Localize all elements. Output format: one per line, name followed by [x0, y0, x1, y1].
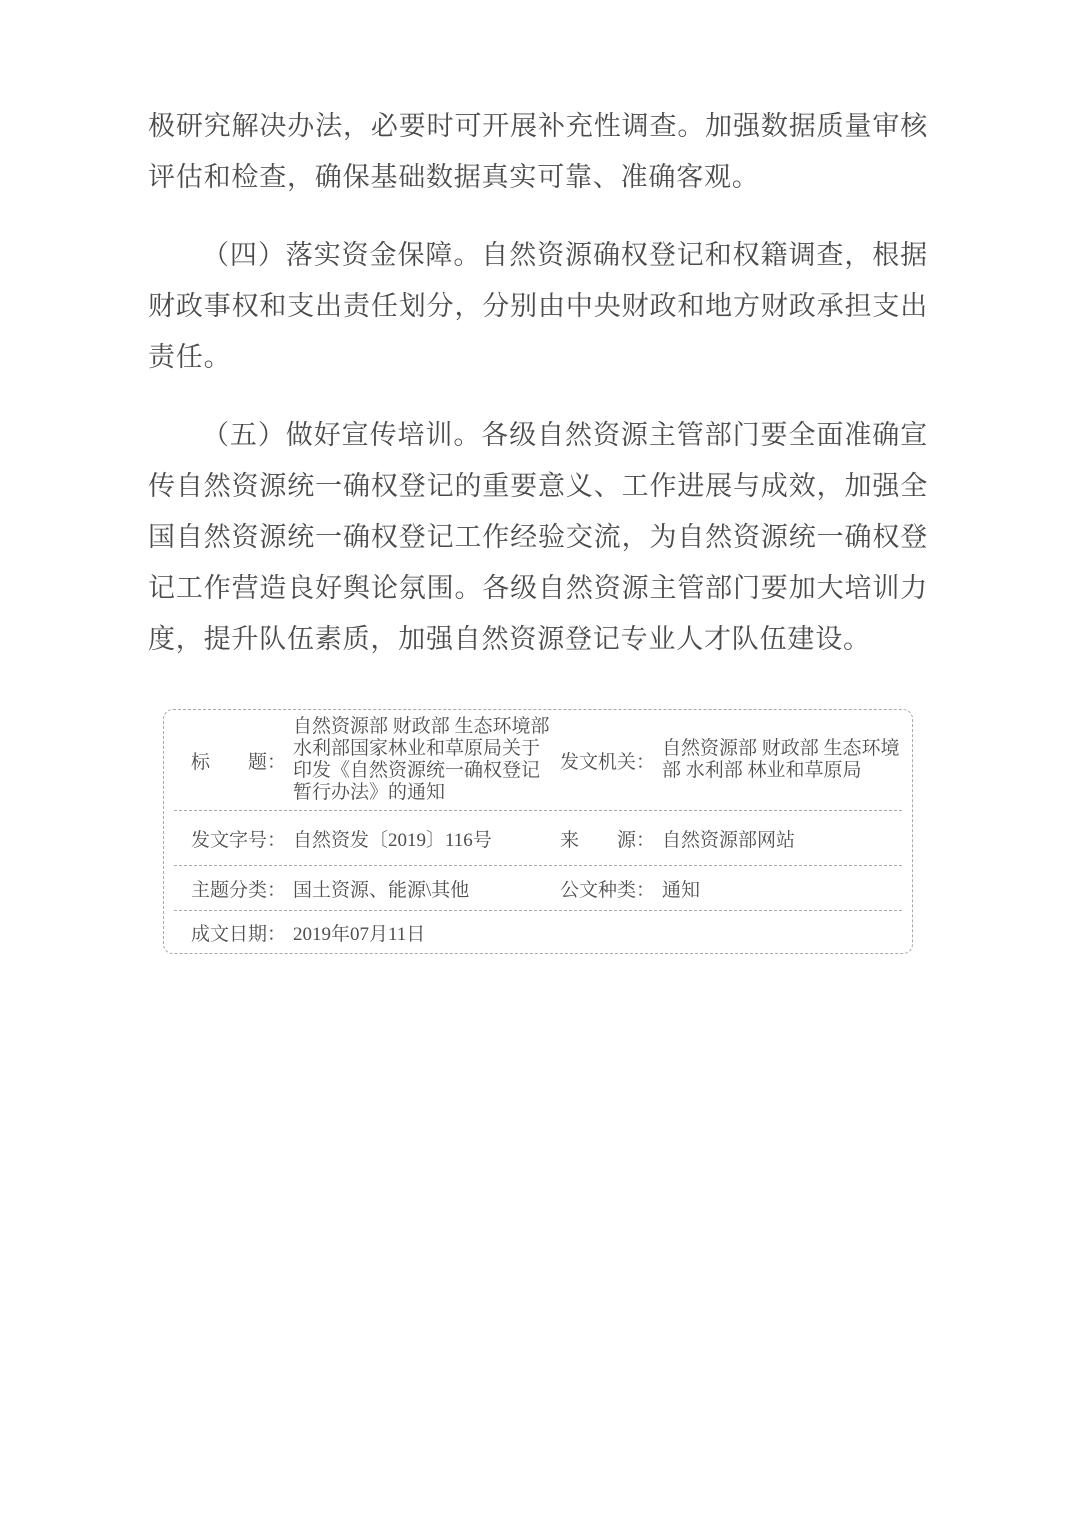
- topic-value: 国土资源、能源\其他: [293, 875, 560, 902]
- meta-row-date: 成文日期： 2019年07月11日: [174, 911, 902, 953]
- meta-cell-topic: 主题分类： 国土资源、能源\其他: [174, 875, 560, 902]
- agency-label: 发文机关：: [560, 747, 662, 774]
- meta-cell-doc-number: 发文字号： 自然资发〔2019〕116号: [174, 825, 560, 852]
- doc-number-label: 发文字号：: [191, 825, 293, 852]
- meta-cell-doc-type: 公文种类： 通知: [560, 875, 902, 902]
- document-page: 极研究解决办法，必要时可开展补充性调查。加强数据质量审核评估和检查，确保基础数据…: [148, 101, 928, 954]
- paragraph-item-four: （四）落实资金保障。自然资源确权登记和权籍调查，根据财政事权和支出责任划分，分别…: [148, 230, 928, 383]
- agency-value: 自然资源部 财政部 生态环境部 水利部 林业和草原局: [662, 738, 908, 782]
- doc-type-value: 通知: [662, 875, 902, 902]
- title-value: 自然资源部 财政部 生态环境部 水利部国家林业和草原局关于印发《自然资源统一确权…: [293, 716, 551, 804]
- paragraph-item-five: （五）做好宣传培训。各级自然资源主管部门要全面准确宣传自然资源统一确权登记的重要…: [148, 410, 928, 665]
- source-value: 自然资源部网站: [662, 825, 902, 852]
- meta-row-topic-type: 主题分类： 国土资源、能源\其他 公文种类： 通知: [174, 866, 902, 911]
- doc-type-label: 公文种类：: [560, 875, 662, 902]
- meta-cell-title: 标 题： 自然资源部 财政部 生态环境部 水利部国家林业和草原局关于印发《自然资…: [174, 716, 560, 804]
- meta-row-number-source: 发文字号： 自然资发〔2019〕116号 来 源： 自然资源部网站: [174, 811, 902, 866]
- doc-number-value: 自然资发〔2019〕116号: [293, 825, 560, 852]
- date-label: 成文日期：: [191, 919, 293, 946]
- topic-label: 主题分类：: [191, 875, 293, 902]
- meta-rows: 标 题： 自然资源部 财政部 生态环境部 水利部国家林业和草原局关于印发《自然资…: [174, 710, 902, 953]
- document-meta-table: 标 题： 自然资源部 财政部 生态环境部 水利部国家林业和草原局关于印发《自然资…: [163, 709, 913, 954]
- meta-row-title: 标 题： 自然资源部 财政部 生态环境部 水利部国家林业和草原局关于印发《自然资…: [174, 710, 902, 811]
- meta-cell-agency: 发文机关： 自然资源部 财政部 生态环境部 水利部 林业和草原局: [560, 738, 908, 782]
- meta-cell-date: 成文日期： 2019年07月11日: [174, 919, 560, 946]
- meta-cell-source: 来 源： 自然资源部网站: [560, 825, 902, 852]
- source-label: 来 源：: [560, 825, 662, 852]
- title-label: 标 题：: [191, 747, 293, 774]
- paragraph-continuation: 极研究解决办法，必要时可开展补充性调查。加强数据质量审核评估和检查，确保基础数据…: [148, 101, 928, 203]
- date-value: 2019年07月11日: [293, 919, 560, 946]
